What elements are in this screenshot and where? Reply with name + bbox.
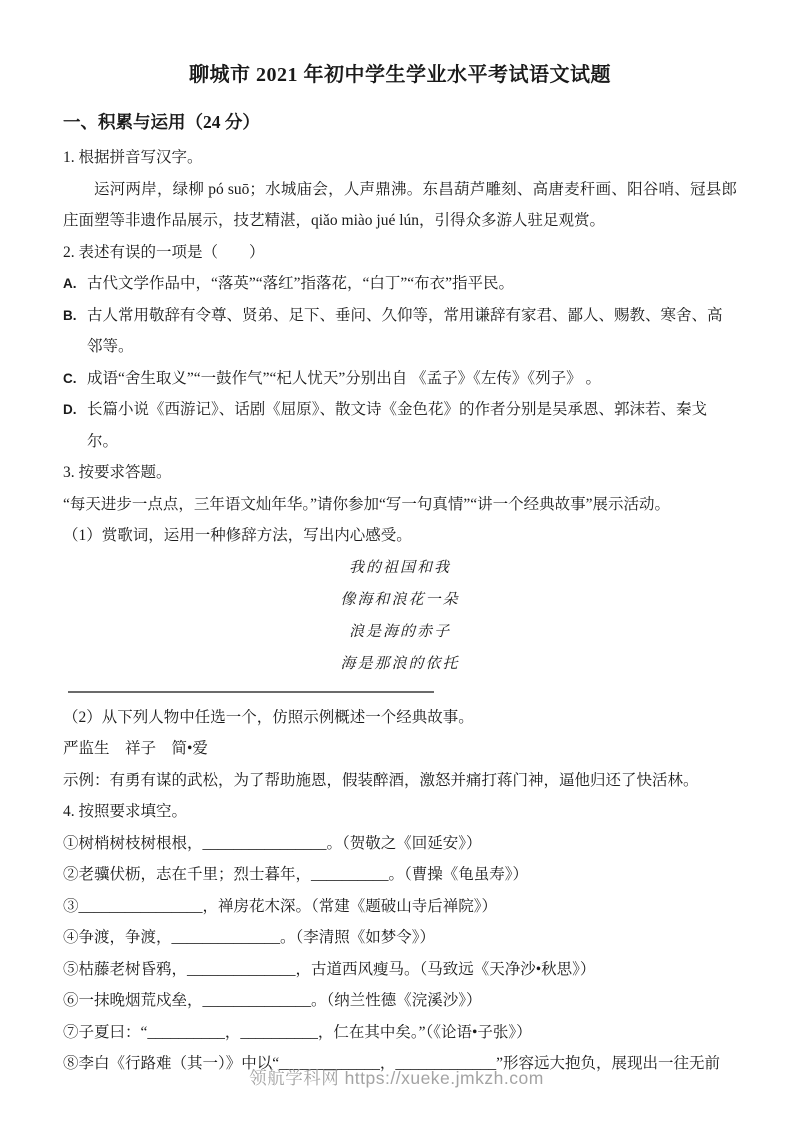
blank-item-2: ②老骥伏枥，志在千里；烈士暮年，__________。（曹操《龟虽寿》） xyxy=(63,859,737,891)
option-label-d: D. xyxy=(63,394,87,426)
option-text-b: 古人常用敬辞有令尊、贤弟、足下、垂问、久仰等，常用谦辞有家君、鄙人、赐教、寒舍、… xyxy=(87,300,737,363)
lyrics-line-1: 我的祖国和我 xyxy=(63,552,737,584)
fill-in-blank-list: ①树梢树枝树根根，________________。（贺敬之《回延安》） ②老骥… xyxy=(63,828,737,1080)
option-row-a: A. 古代文学作品中，“落英”“落红”指落花，“白丁”“布衣”指平民。 xyxy=(63,268,737,300)
option-row-b: B. 古人常用敬辞有令尊、贤弟、足下、垂问、久仰等，常用谦辞有家君、鄙人、赐教、… xyxy=(63,300,737,363)
blank-item-5: ⑤枯藤老树昏鸦，______________，古道西风瘦马。（马致远《天净沙•秋… xyxy=(63,954,737,986)
question-3-stem: 3. 按要求答题。 xyxy=(63,457,737,489)
question-4-stem: 4. 按照要求填空。 xyxy=(63,796,737,828)
question-3-sub2: （2）从下列人物中任选一个，仿照示例概述一个经典故事。 xyxy=(63,702,737,734)
blank-item-3: ③________________，禅房花木深。（常建《题破山寺后禅院》） xyxy=(63,891,737,923)
site-watermark: 领航学科网 https://xueke.jmkzh.com xyxy=(0,1066,793,1090)
document-content: 聊城市 2021 年初中学生学业水平考试语文试题 一、积累与运用（24 分） 1… xyxy=(0,0,793,1080)
question-3-sub1: （1）赏歌词，运用一种修辞方法，写出内心感受。 xyxy=(63,520,737,552)
option-text-d: 长篇小说《西游记》、话剧《屈原》、散文诗《金色花》的作者分别是吴承恩、郭沫若、秦… xyxy=(87,394,737,457)
character-names: 严监生 祥子 简•爱 xyxy=(63,733,737,765)
exam-document-page: 聊城市 2021 年初中学生学业水平考试语文试题 一、积累与运用（24 分） 1… xyxy=(0,0,793,1122)
lyrics-line-2: 像海和浪花一朵 xyxy=(63,584,737,616)
option-text-c: 成语“舍生取义”“一鼓作气”“杞人忧天”分别出自 《孟子》《左传》《列子》 。 xyxy=(87,363,737,395)
question-3-intro: “每天进步一点点，三年语文灿年华。”请你参加“写一句真情”“讲一个经典故事”展示… xyxy=(63,489,737,521)
option-label-c: C. xyxy=(63,363,87,395)
lyrics-line-4: 海是那浪的依托 xyxy=(63,648,737,680)
blank-item-4: ④争渡，争渡，______________。（李清照《如梦令》） xyxy=(63,922,737,954)
question-2-stem: 2. 表述有误的一项是（ ） xyxy=(63,237,737,269)
option-row-c: C. 成语“舍生取义”“一鼓作气”“杞人忧天”分别出自 《孟子》《左传》《列子》… xyxy=(63,363,737,395)
blank-item-7: ⑦子夏曰：“__________，__________，仁在其中矣。”（《论语•… xyxy=(63,1017,737,1049)
question-1-stem: 1. 根据拼音写汉字。 xyxy=(63,142,737,174)
option-label-a: A. xyxy=(63,268,87,300)
lyrics-block: 我的祖国和我 像海和浪花一朵 浪是海的赤子 海是那浪的依托 xyxy=(63,552,737,680)
option-row-d: D. 长篇小说《西游记》、话剧《屈原》、散文诗《金色花》的作者分别是吴承恩、郭沫… xyxy=(63,394,737,457)
question-3-example: 示例：有勇有谋的武松，为了帮助施恩，假装醉酒，激怒并痛打蒋门神，逼他归还了快活林… xyxy=(63,765,737,797)
option-text-a: 古代文学作品中，“落英”“落红”指落花，“白丁”“布衣”指平民。 xyxy=(87,268,737,300)
lyrics-line-3: 浪是海的赤子 xyxy=(63,616,737,648)
blank-item-1: ①树梢树枝树根根，________________。（贺敬之《回延安》） xyxy=(63,828,737,860)
section-heading: 一、积累与运用（24 分） xyxy=(63,109,737,135)
answer-divider-line xyxy=(68,691,434,693)
question-1-passage: 运河两岸，绿柳 pó suō；水城庙会，人声鼎沸。东昌葫芦雕刻、高唐麦秆画、阳谷… xyxy=(63,174,737,237)
option-label-b: B. xyxy=(63,300,87,332)
exam-title: 聊城市 2021 年初中学生学业水平考试语文试题 xyxy=(63,60,737,90)
blank-item-6: ⑥一抹晚烟荒戍垒，______________。（纳兰性德《浣溪沙》） xyxy=(63,985,737,1017)
